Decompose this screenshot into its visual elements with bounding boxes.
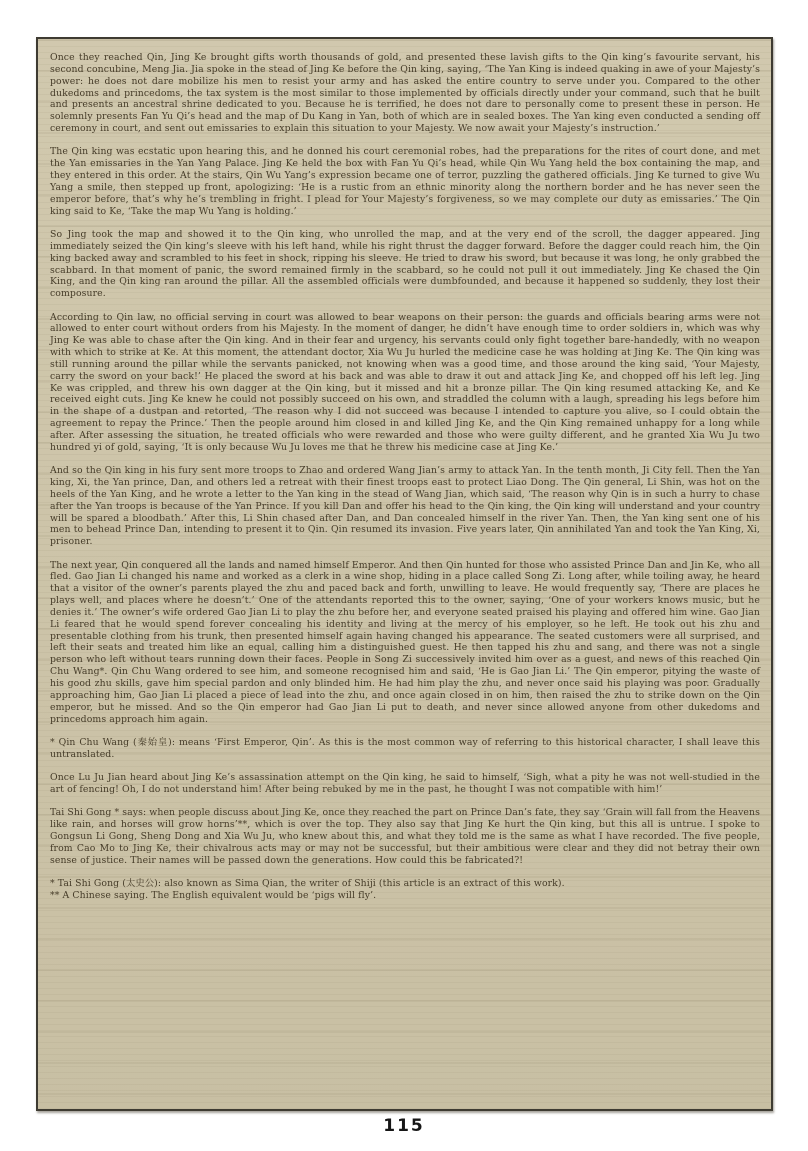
body-paragraph-6: The next year, Qin conquered all the lan… [50,560,760,726]
body-paragraph-4: According to Qin law, no official servin… [50,312,760,454]
footnote-qin-chu-wang: * Qin Chu Wang (秦始皇): means ‘First Emper… [50,737,760,761]
body-paragraph-3: So Jing took the map and showed it to th… [50,229,760,300]
footnote-chinese-saying: ** A Chinese saying. The English equival… [50,890,760,902]
footnote-tai-shi-gong: * Tai Shi Gong (太史公): also known as Sima… [50,878,760,890]
footnote-block: * Tai Shi Gong (太史公): also known as Sima… [50,878,760,902]
document-sheet: Once they reached Qin, Jing Ke brought g… [36,37,773,1111]
body-paragraph-2: The Qin king was ecstatic upon hearing t… [50,146,760,217]
body-paragraph-1: Once they reached Qin, Jing Ke brought g… [50,52,760,135]
body-paragraph-8: Tai Shi Gong * says: when people discuss… [50,807,760,866]
body-paragraph-7: Once Lu Ju Jian heard about Jing Ke’s as… [50,772,760,796]
page-number: 115 [0,1116,808,1136]
body-paragraph-5: And so the Qin king in his fury sent mor… [50,465,760,548]
scanned-book-page: { "document": { "page_number": "115", "p… [0,0,808,1151]
